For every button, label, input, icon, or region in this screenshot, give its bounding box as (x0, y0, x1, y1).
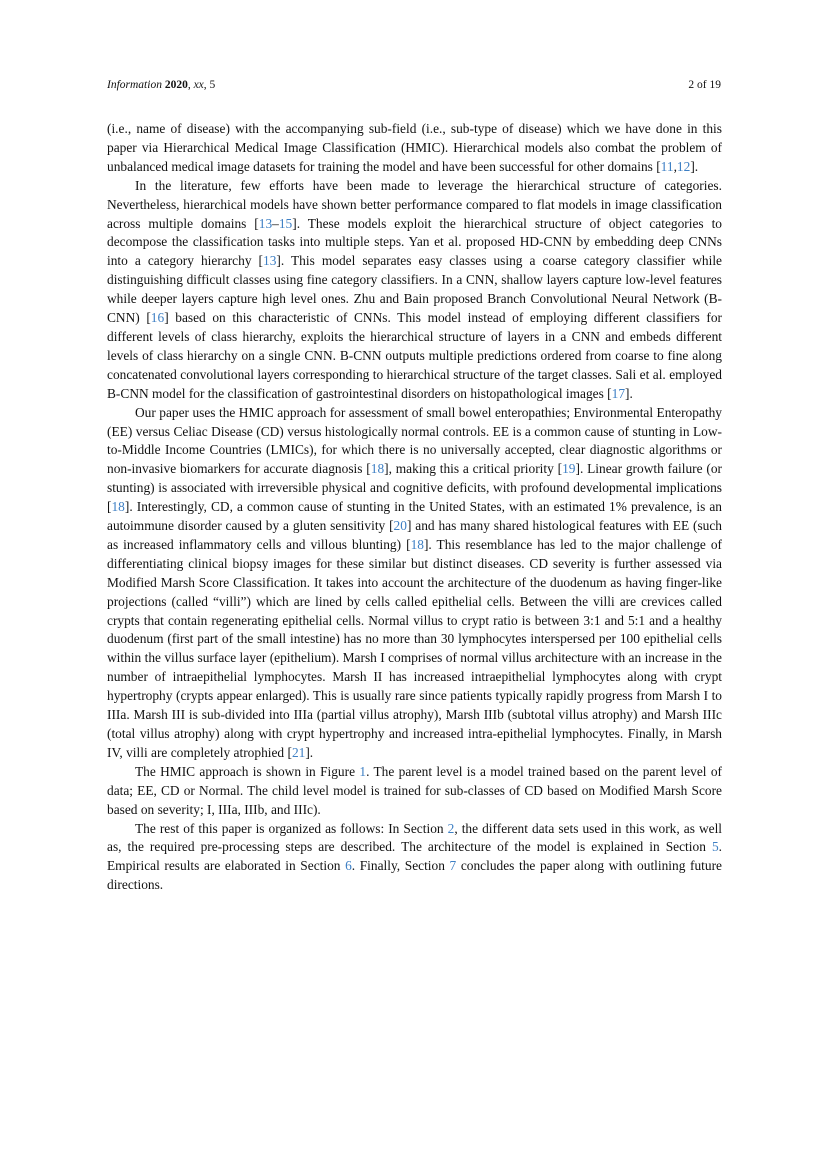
journal-volume: xx (194, 79, 204, 91)
paragraph: The HMIC approach is shown in Figure 1. … (107, 763, 722, 820)
reference-link[interactable]: 2 (448, 821, 455, 836)
running-header: Information 2020, xx, 5 2 of 19 (107, 79, 721, 95)
reference-link[interactable]: 16 (151, 310, 164, 325)
reference-link[interactable]: 12 (677, 159, 690, 174)
page-number: 2 of 19 (688, 79, 721, 91)
reference-link[interactable]: 13 (259, 216, 272, 231)
reference-link[interactable]: 17 (612, 386, 625, 401)
body-text: (i.e., name of disease) with the accompa… (107, 120, 722, 895)
journal-name: Information (107, 79, 162, 91)
paragraph: Our paper uses the HMIC approach for ass… (107, 404, 722, 763)
journal-citation: Information 2020, xx, 5 (107, 79, 215, 91)
reference-link[interactable]: 13 (263, 253, 276, 268)
paragraph: The rest of this paper is organized as f… (107, 820, 722, 896)
reference-link[interactable]: 5 (712, 839, 719, 854)
reference-link[interactable]: 15 (279, 216, 292, 231)
reference-link[interactable]: 7 (450, 858, 457, 873)
reference-link[interactable]: 11 (661, 159, 674, 174)
reference-link[interactable]: 18 (411, 537, 424, 552)
reference-link[interactable]: 6 (345, 858, 352, 873)
paragraph: (i.e., name of disease) with the accompa… (107, 120, 722, 177)
paragraph: In the literature, few efforts have been… (107, 177, 722, 404)
reference-link[interactable]: 21 (292, 745, 305, 760)
reference-link[interactable]: 19 (562, 461, 575, 476)
reference-link[interactable]: 1 (359, 764, 366, 779)
reference-link[interactable]: 18 (371, 461, 384, 476)
article-number: 5 (210, 79, 216, 91)
reference-link[interactable]: 20 (394, 518, 407, 533)
reference-link[interactable]: 18 (111, 499, 124, 514)
journal-year: 2020 (165, 79, 188, 91)
paper-page: Information 2020, xx, 5 2 of 19 (i.e., n… (0, 0, 827, 1169)
